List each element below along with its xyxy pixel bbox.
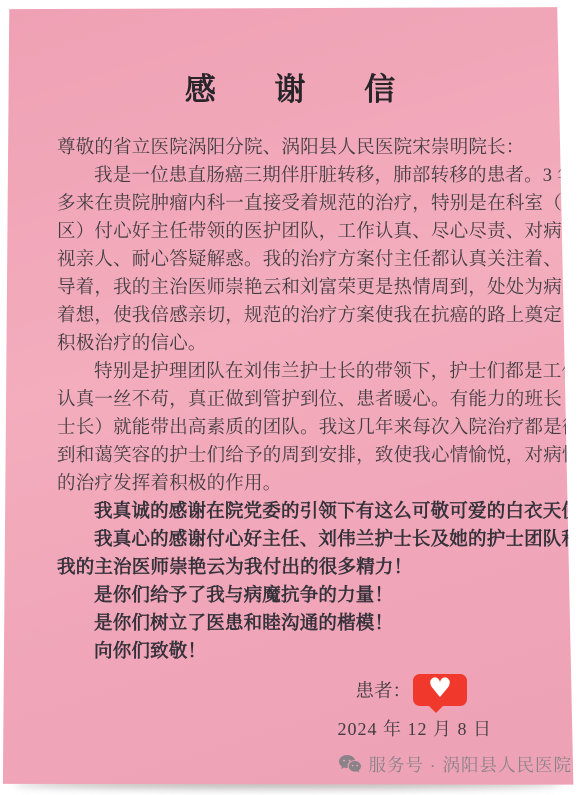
- closing-line: 我的主治医师崇艳云为我付出的很多精力！: [57, 554, 523, 582]
- closing-line: 我真心的感谢付心好主任、刘伟兰护士长及她的护士团队和: [57, 526, 523, 554]
- paragraph-line: 特别是护理团队在刘伟兰护士长的带领下，护士们都是工作: [57, 358, 523, 386]
- letter-title: 感 谢 信: [57, 70, 523, 110]
- paragraph-line: 认真一丝不苟，真正做到管护到位、患者暖心。有能力的班长（护: [57, 386, 523, 414]
- wechat-icon: [338, 754, 362, 775]
- paragraph-line: 多来在贵院肿瘤内科一直接受着规范的治疗，特别是在科室（病: [57, 190, 523, 218]
- letter-content: 感 谢 信 尊敬的省立医院涡阳分院、涡阳县人民医院宋崇明院长： 我是一位患直肠癌…: [57, 0, 523, 742]
- pink-letter-paper: 感 谢 信 尊敬的省立医院涡阳分院、涡阳县人民医院宋崇明院长： 我是一位患直肠癌…: [0, 0, 578, 795]
- salutation: 尊敬的省立医院涡阳分院、涡阳县人民医院宋崇明院长：: [57, 134, 523, 162]
- letter-page: 感 谢 信 尊敬的省立医院涡阳分院、涡阳县人民医院宋崇明院长： 我是一位患直肠癌…: [0, 0, 578, 795]
- paragraph-line: 视亲人、耐心答疑解惑。我的治疗方案付主任都认真关注着、指: [57, 246, 523, 274]
- paragraph-line: 士长）就能带出高素质的团队。我这几年来每次入院治疗都是得: [57, 414, 523, 442]
- heart-icon: ♥: [428, 675, 452, 702]
- closing-line: 我真诚的感谢在院党委的引领下有这么可敬可爱的白衣天使！: [57, 498, 523, 526]
- closing-line: 是你们树立了医患和睦沟通的楷模！: [57, 610, 523, 638]
- letter-body: 尊敬的省立医院涡阳分院、涡阳县人民医院宋崇明院长： 我是一位患直肠癌三期伴肝脏转…: [57, 134, 523, 666]
- letter-date: 2024 年 12 月 8 日: [57, 716, 523, 742]
- footer-label: 服务号 · 涡阳县人民医院: [368, 752, 572, 777]
- paragraph-line: 着想，使我倍感亲切，规范的治疗方案使我在抗癌的路上奠定了: [57, 302, 523, 330]
- wechat-account-watermark: 服务号 · 涡阳县人民医院: [338, 752, 572, 777]
- patient-label: 患者：: [355, 677, 411, 703]
- paragraph-line: 的治疗发挥着积极的作用。: [57, 470, 523, 498]
- paragraph-line: 区）付心好主任带领的医护团队，工作认真、尽心尽责、对病人: [57, 218, 523, 246]
- paragraph-line: 我是一位患直肠癌三期伴肝脏转移，肺部转移的患者。3 年: [57, 162, 523, 190]
- closing-line: 向你们致敬！: [57, 638, 523, 666]
- signature-row: 患者： ♥: [57, 670, 523, 710]
- paragraph-line: 导着，我的主治医师崇艳云和刘富荣更是热情周到，处处为病人: [57, 274, 523, 302]
- paragraph-line: 到和蔼笑容的护士们给予的周到安排，致使我心情愉悦，对病情: [57, 442, 523, 470]
- closing-line: 是你们给予了我与病魔抗争的力量！: [57, 582, 523, 610]
- paragraph-line: 积极治疗的信心。: [57, 330, 523, 358]
- heart-sticker-icon: ♥: [413, 674, 467, 706]
